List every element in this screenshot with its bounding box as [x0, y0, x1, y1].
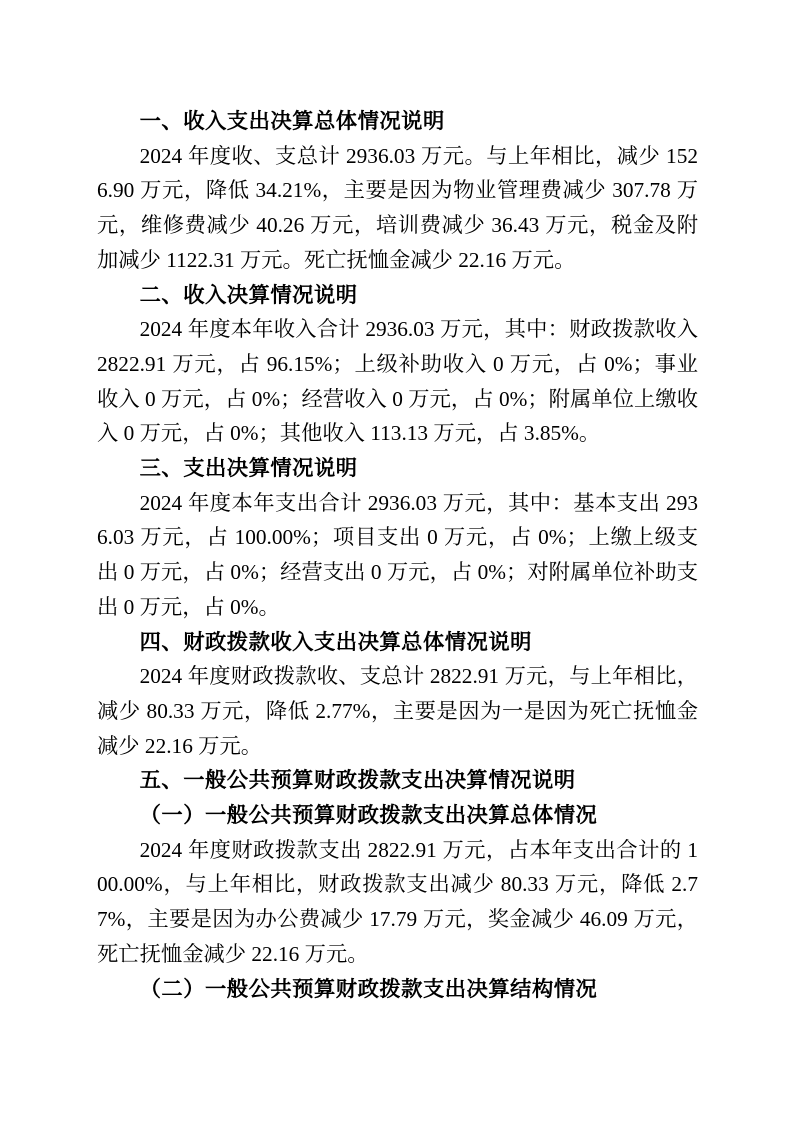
section-1-heading: 一、收入支出决算总体情况说明 — [97, 104, 698, 139]
section-5-subsection-1-paragraph: 2024 年度财政拨款支出 2822.91 万元，占本年支出合计的 100.00… — [97, 833, 698, 972]
section-3-heading: 三、支出决算情况说明 — [97, 451, 698, 486]
section-5-heading: 五、一般公共预算财政拨款支出决算情况说明 — [97, 763, 698, 798]
section-5-subsection-1-heading: （一）一般公共预算财政拨款支出决算总体情况 — [97, 798, 698, 833]
section-4-heading: 四、财政拨款收入支出决算总体情况说明 — [97, 625, 698, 660]
section-2-heading: 二、收入决算情况说明 — [97, 278, 698, 313]
report-page: 一、收入支出决算总体情况说明 2024 年度收、支总计 2936.03 万元。与… — [0, 0, 793, 1122]
section-3-paragraph: 2024 年度本年支出合计 2936.03 万元，其中：基本支出 2936.03… — [97, 486, 698, 625]
section-1-paragraph: 2024 年度收、支总计 2936.03 万元。与上年相比，减少 1526.90… — [97, 139, 698, 278]
section-2-paragraph: 2024 年度本年收入合计 2936.03 万元，其中：财政拨款收入 2822.… — [97, 312, 698, 451]
section-5-subsection-2-heading: （二）一般公共预算财政拨款支出决算结构情况 — [97, 972, 698, 1007]
section-4-paragraph: 2024 年度财政拨款收、支总计 2822.91 万元，与上年相比，减少 80.… — [97, 659, 698, 763]
